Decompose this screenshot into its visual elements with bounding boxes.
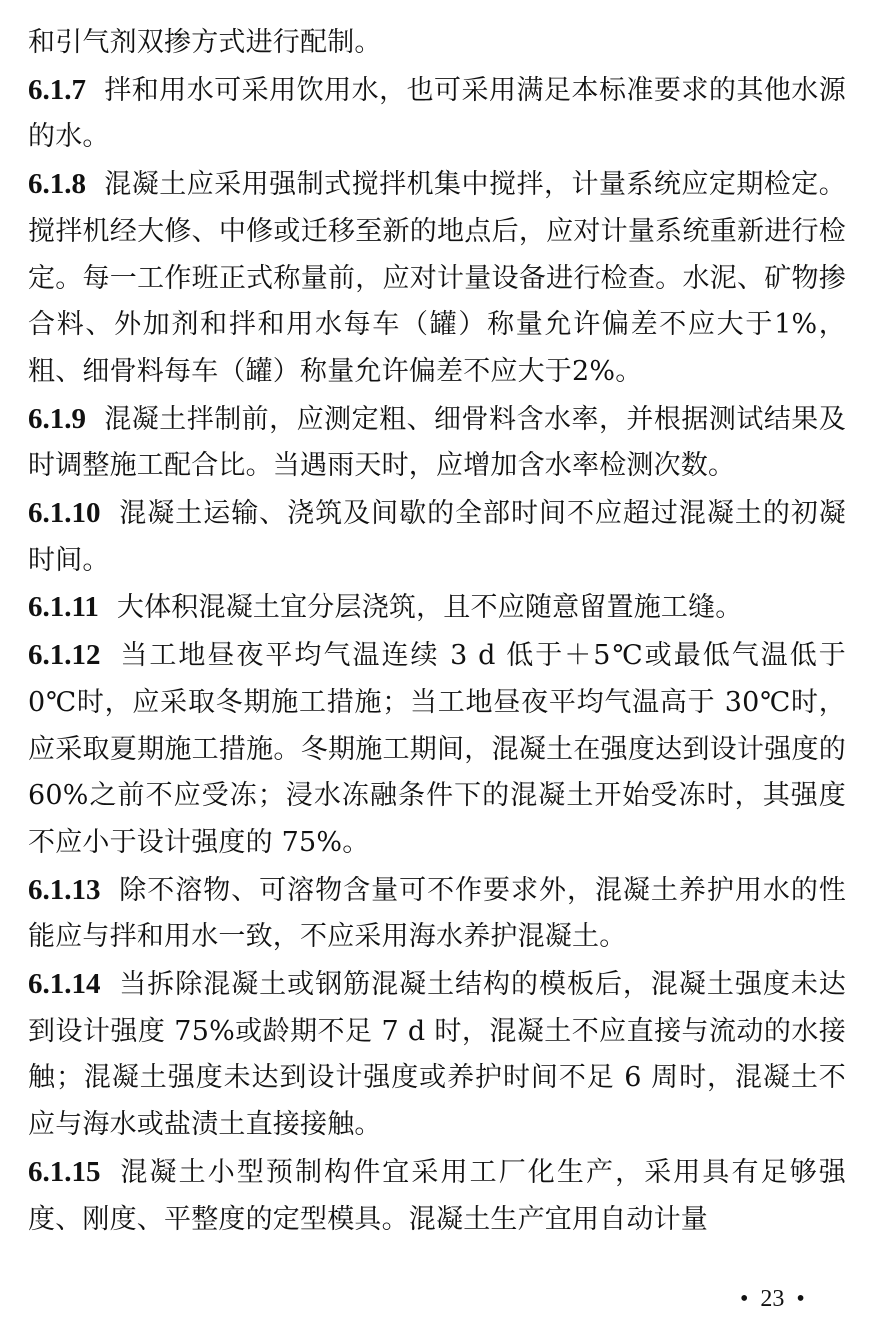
page-number: • 23 • — [740, 1286, 805, 1313]
clause-number: 6.1.11 — [28, 591, 99, 623]
clause-6-1-13: 6.1.13除不溶物、可溶物含量可不作要求外，混凝土养护用水的性能应与拌和用水一… — [28, 867, 846, 961]
clause-text: 拌和用水可采用饮用水，也可采用满足本标准要求的其他水源的水。 — [28, 75, 846, 153]
clause-6-1-12: 6.1.12当工地昼夜平均气温连续 3 d 低于＋5℃或最低气温低于 0℃时，应… — [28, 632, 846, 867]
clause-number: 6.1.15 — [28, 1156, 101, 1188]
clause-number: 6.1.10 — [28, 497, 101, 529]
clause-6-1-11: 6.1.11大体积混凝土宜分层浇筑，且不应随意留置施工缝。 — [28, 584, 846, 632]
document-page: 和引气剂双掺方式进行配制。 6.1.7拌和用水可采用饮用水，也可采用满足本标准要… — [28, 20, 846, 1243]
clause-number: 6.1.8 — [28, 168, 86, 200]
clause-text: 混凝土拌制前，应测定粗、细骨料含水率，并根据测试结果及时调整施工配合比。当遇雨天… — [28, 404, 846, 482]
clause-number: 6.1.14 — [28, 968, 101, 1000]
clause-number: 6.1.9 — [28, 403, 86, 435]
clause-text: 混凝土小型预制构件宜采用工厂化生产，采用具有足够强度、刚度、平整度的定型模具。混… — [28, 1157, 846, 1235]
clause-text: 混凝土运输、浇筑及间歇的全部时间不应超过混凝土的初凝时间。 — [28, 498, 846, 576]
clause-6-1-9: 6.1.9混凝土拌制前，应测定粗、细骨料含水率，并根据测试结果及时调整施工配合比… — [28, 396, 846, 490]
clause-number: 6.1.7 — [28, 74, 86, 106]
clause-6-1-8: 6.1.8混凝土应采用强制式搅拌机集中搅拌，计量系统应定期检定。搅拌机经大修、中… — [28, 161, 846, 396]
clause-number: 6.1.12 — [28, 639, 101, 671]
clause-text: 除不溶物、可溶物含量可不作要求外，混凝土养护用水的性能应与拌和用水一致，不应采用… — [28, 875, 846, 953]
clause-6-1-14: 6.1.14当拆除混凝土或钢筋混凝土结构的模板后，混凝土强度未达到设计强度 75… — [28, 961, 846, 1149]
clause-text: 当拆除混凝土或钢筋混凝土结构的模板后，混凝土强度未达到设计强度 75%或龄期不足… — [28, 969, 846, 1140]
clause-6-1-15: 6.1.15混凝土小型预制构件宜采用工厂化生产，采用具有足够强度、刚度、平整度的… — [28, 1149, 846, 1243]
clause-number: 6.1.13 — [28, 874, 101, 906]
clause-text: 混凝土应采用强制式搅拌机集中搅拌，计量系统应定期检定。搅拌机经大修、中修或迁移至… — [28, 169, 846, 387]
clause-text: 大体积混凝土宜分层浇筑，且不应随意留置施工缝。 — [117, 592, 743, 623]
paragraph-text: 和引气剂双掺方式进行配制。 — [28, 27, 382, 58]
clause-text: 当工地昼夜平均气温连续 3 d 低于＋5℃或最低气温低于 0℃时，应采取冬期施工… — [28, 640, 846, 858]
clause-6-1-7: 6.1.7拌和用水可采用饮用水，也可采用满足本标准要求的其他水源的水。 — [28, 67, 846, 161]
clause-6-1-10: 6.1.10混凝土运输、浇筑及间歇的全部时间不应超过混凝土的初凝时间。 — [28, 490, 846, 584]
paragraph-continuation: 和引气剂双掺方式进行配制。 — [28, 20, 846, 67]
